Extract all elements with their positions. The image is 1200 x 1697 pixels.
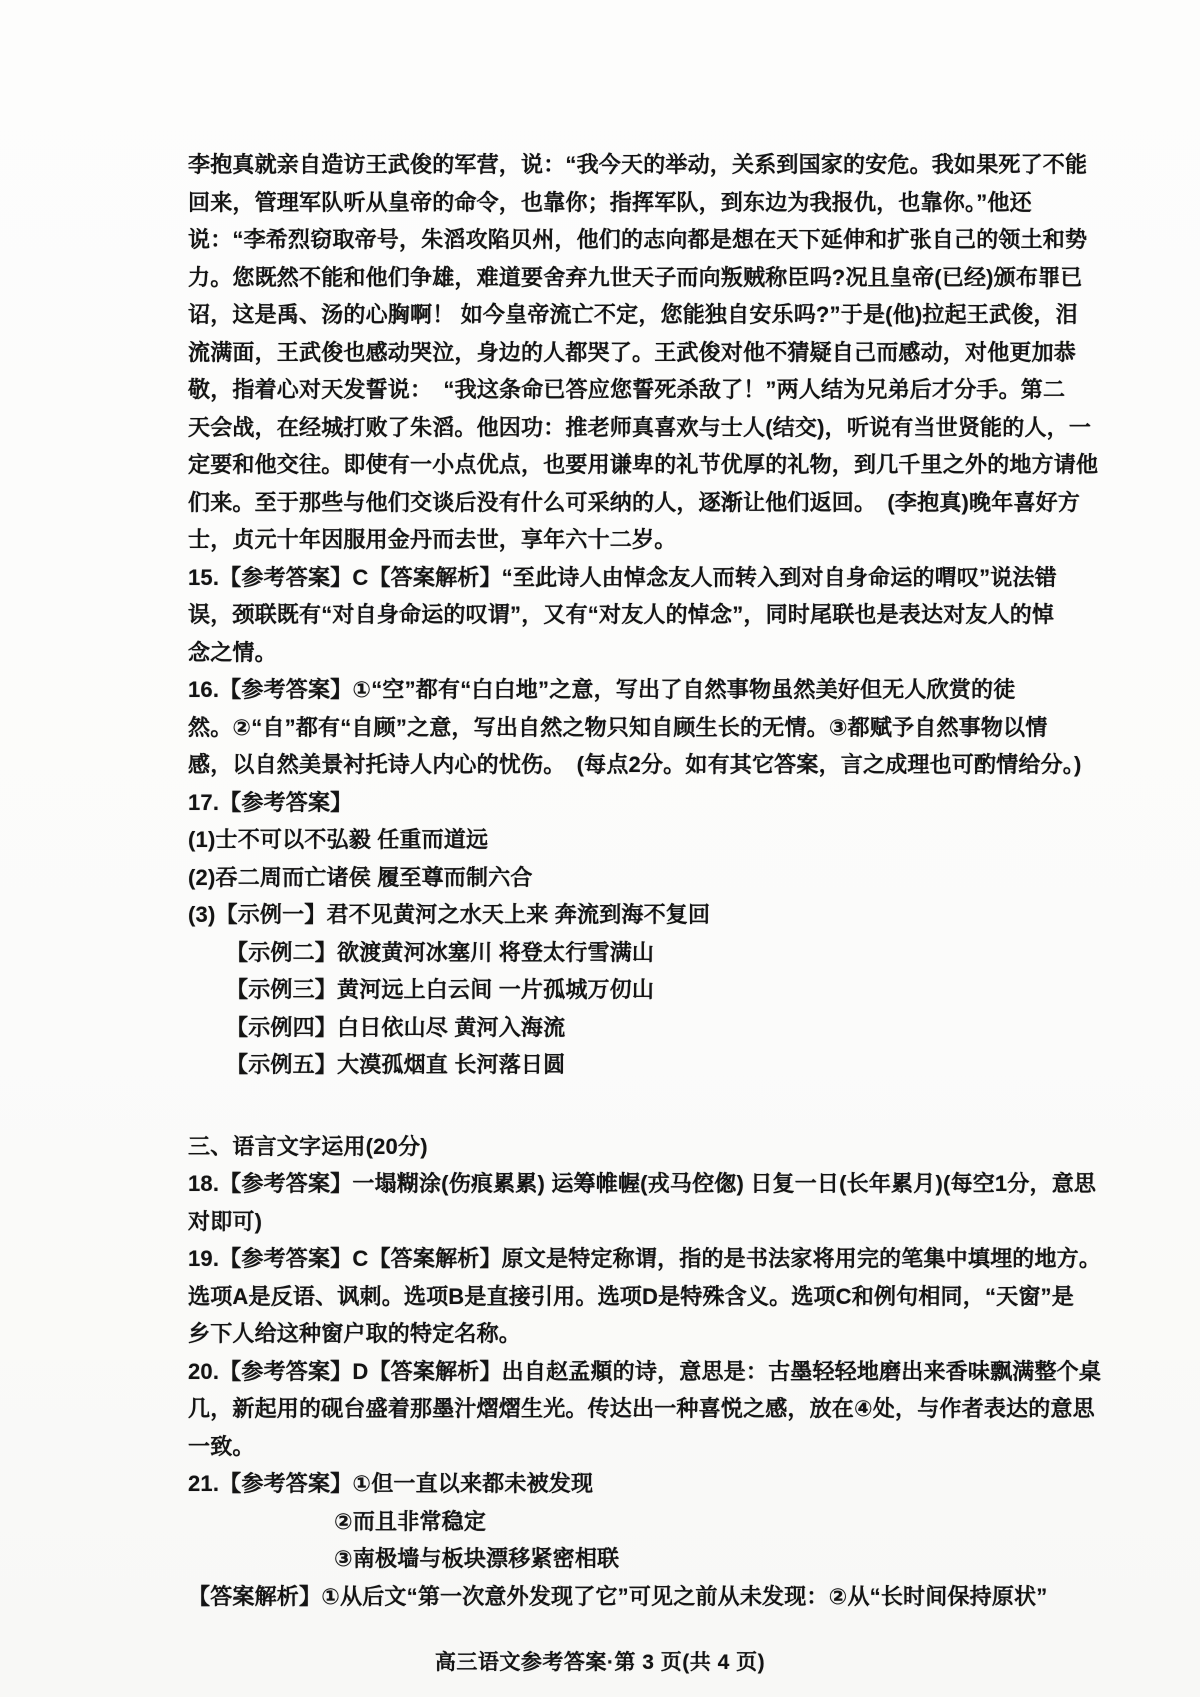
answer-17-heading: 17.【参考答案】 bbox=[188, 784, 1148, 822]
translation-line: 力。您既然不能和他们争雄，难道要舍弃九世天子而向叛贼称臣吗?况且皇帝(已经)颁布… bbox=[188, 259, 1148, 297]
answer-18-line: 18.【参考答案】一塌糊涂(伤痕累累) 运筹帷幄(戎马倥偬) 日复一日(长年累月… bbox=[188, 1165, 1148, 1203]
translation-line: 回来，管理军队听从皇帝的命令，也靠你；指挥军队，到东边为我报仇，也靠你。”他还 bbox=[188, 184, 1148, 222]
answer-16-line: 然。②“自”都有“自顾”之意，写出自然之物只知自顾生长的无情。③都赋予自然事物以… bbox=[188, 709, 1148, 747]
translation-line: 李抱真就亲自造访王武俊的军营，说：“我今天的举动，关系到国家的安危。我如果死了不… bbox=[188, 146, 1148, 184]
translation-line: 流满面，王武俊也感动哭泣，身边的人都哭了。王武俊对他不猜疑自己而感动，对他更加恭 bbox=[188, 334, 1148, 372]
translation-line: 们来。至于那些与他们交谈后没有什么可采纳的人，逐渐让他们返回。 (李抱真)晚年喜… bbox=[188, 484, 1148, 522]
translation-line: 诏，这是禹、汤的心胸啊！ 如今皇帝流亡不定，您能独自安乐吗?”于是(他)拉起王武… bbox=[188, 296, 1148, 334]
translation-line: 定要和他交往。即使有一小点优点，也要用谦卑的礼节优厚的礼物，到几千里之外的地方请… bbox=[188, 446, 1148, 484]
translation-line: 天会战，在经城打败了朱滔。他因功：推老师真喜欢与士人(结交)，听说有当世贤能的人… bbox=[188, 409, 1148, 447]
answer-15-line: 15.【参考答案】C【答案解析】“至此诗人由悼念友人而转入到对自身命运的喟叹”说… bbox=[188, 559, 1148, 597]
answer-17-line: (1)士不可以不弘毅 任重而道远 bbox=[188, 821, 1148, 859]
answer-16-line: 16.【参考答案】①“空”都有“白白地”之意，写出了自然事物虽然美好但无人欣赏的… bbox=[188, 671, 1148, 709]
answer-17-line: 【示例五】大漠孤烟直 长河落日圆 bbox=[226, 1046, 1148, 1084]
answer-21-analysis-line: 【答案解析】①从后文“第一次意外发现了它”可见之前从未发现：②从“长时间保持原状… bbox=[188, 1578, 1148, 1616]
answer-19-line: 乡下人给这种窗户取的特定名称。 bbox=[188, 1315, 1148, 1353]
scanned-answer-page: 李抱真就亲自造访王武俊的军营，说：“我今天的举动，关系到国家的安危。我如果死了不… bbox=[0, 0, 1200, 1697]
page-footer: 高三语文参考答案·第 3 页(共 4 页) bbox=[0, 1646, 1200, 1676]
answer-16-line: 感，以自然美景衬托诗人内心的忧伤。 (每点2分。如有其它答案，言之成理也可酌情给… bbox=[188, 746, 1148, 784]
answer-21-line: ③南极墙与板块漂移紧密相联 bbox=[334, 1540, 1148, 1578]
answer-21-line: ②而且非常稳定 bbox=[334, 1503, 1148, 1541]
answer-20-line: 一致。 bbox=[188, 1428, 1148, 1466]
answer-text-block: 李抱真就亲自造访王武俊的军营，说：“我今天的举动，关系到国家的安危。我如果死了不… bbox=[188, 146, 1148, 1615]
translation-line: 敬，指着心对天发誓说： “我这条命已答应您誓死杀敌了！”两人结为兄弟后才分手。第… bbox=[188, 371, 1148, 409]
translation-line: 说：“李希烈窃取帝号，朱滔攻陷贝州，他们的志向都是想在天下延伸和扩张自己的领土和… bbox=[188, 221, 1148, 259]
answer-17-line: 【示例二】欲渡黄河冰塞川 将登太行雪满山 bbox=[226, 934, 1148, 972]
answer-20-line: 几，新起用的砚台盛着那墨汁熠熠生光。传达出一种喜悦之感，放在④处，与作者表达的意… bbox=[188, 1390, 1148, 1428]
answer-17-line: 【示例四】白日依山尽 黄河入海流 bbox=[226, 1009, 1148, 1047]
answer-21-line: 21.【参考答案】①但一直以来都未被发现 bbox=[188, 1465, 1148, 1503]
answer-19-line: 19.【参考答案】C【答案解析】原文是特定称谓，指的是书法家将用完的笔集中填埋的… bbox=[188, 1240, 1148, 1278]
section-heading: 三、语言文字运用(20分) bbox=[188, 1128, 1148, 1166]
answer-15-line: 念之情。 bbox=[188, 634, 1148, 672]
answer-18-line: 对即可) bbox=[188, 1203, 1148, 1241]
answer-15-line: 误，颈联既有“对自身命运的叹谓”，又有“对友人的悼念”，同时尾联也是表达对友人的… bbox=[188, 596, 1148, 634]
answer-17-line: 【示例三】黄河远上白云间 一片孤城万仞山 bbox=[226, 971, 1148, 1009]
answer-19-line: 选项A是反语、讽刺。选项B是直接引用。选项D是特殊含义。选项C和例句相同，“天窗… bbox=[188, 1278, 1148, 1316]
answer-17-line: (2)吞二周而亡诸侯 履至尊而制六合 bbox=[188, 859, 1148, 897]
translation-line: 士，贞元十年因服用金丹而去世，享年六十二岁。 bbox=[188, 521, 1148, 559]
answer-20-line: 20.【参考答案】D【答案解析】出自赵孟頫的诗，意思是：古墨轻轻地磨出来香味飘满… bbox=[188, 1353, 1148, 1391]
answer-17-line: (3)【示例一】君不见黄河之水天上来 奔流到海不复回 bbox=[188, 896, 1148, 934]
